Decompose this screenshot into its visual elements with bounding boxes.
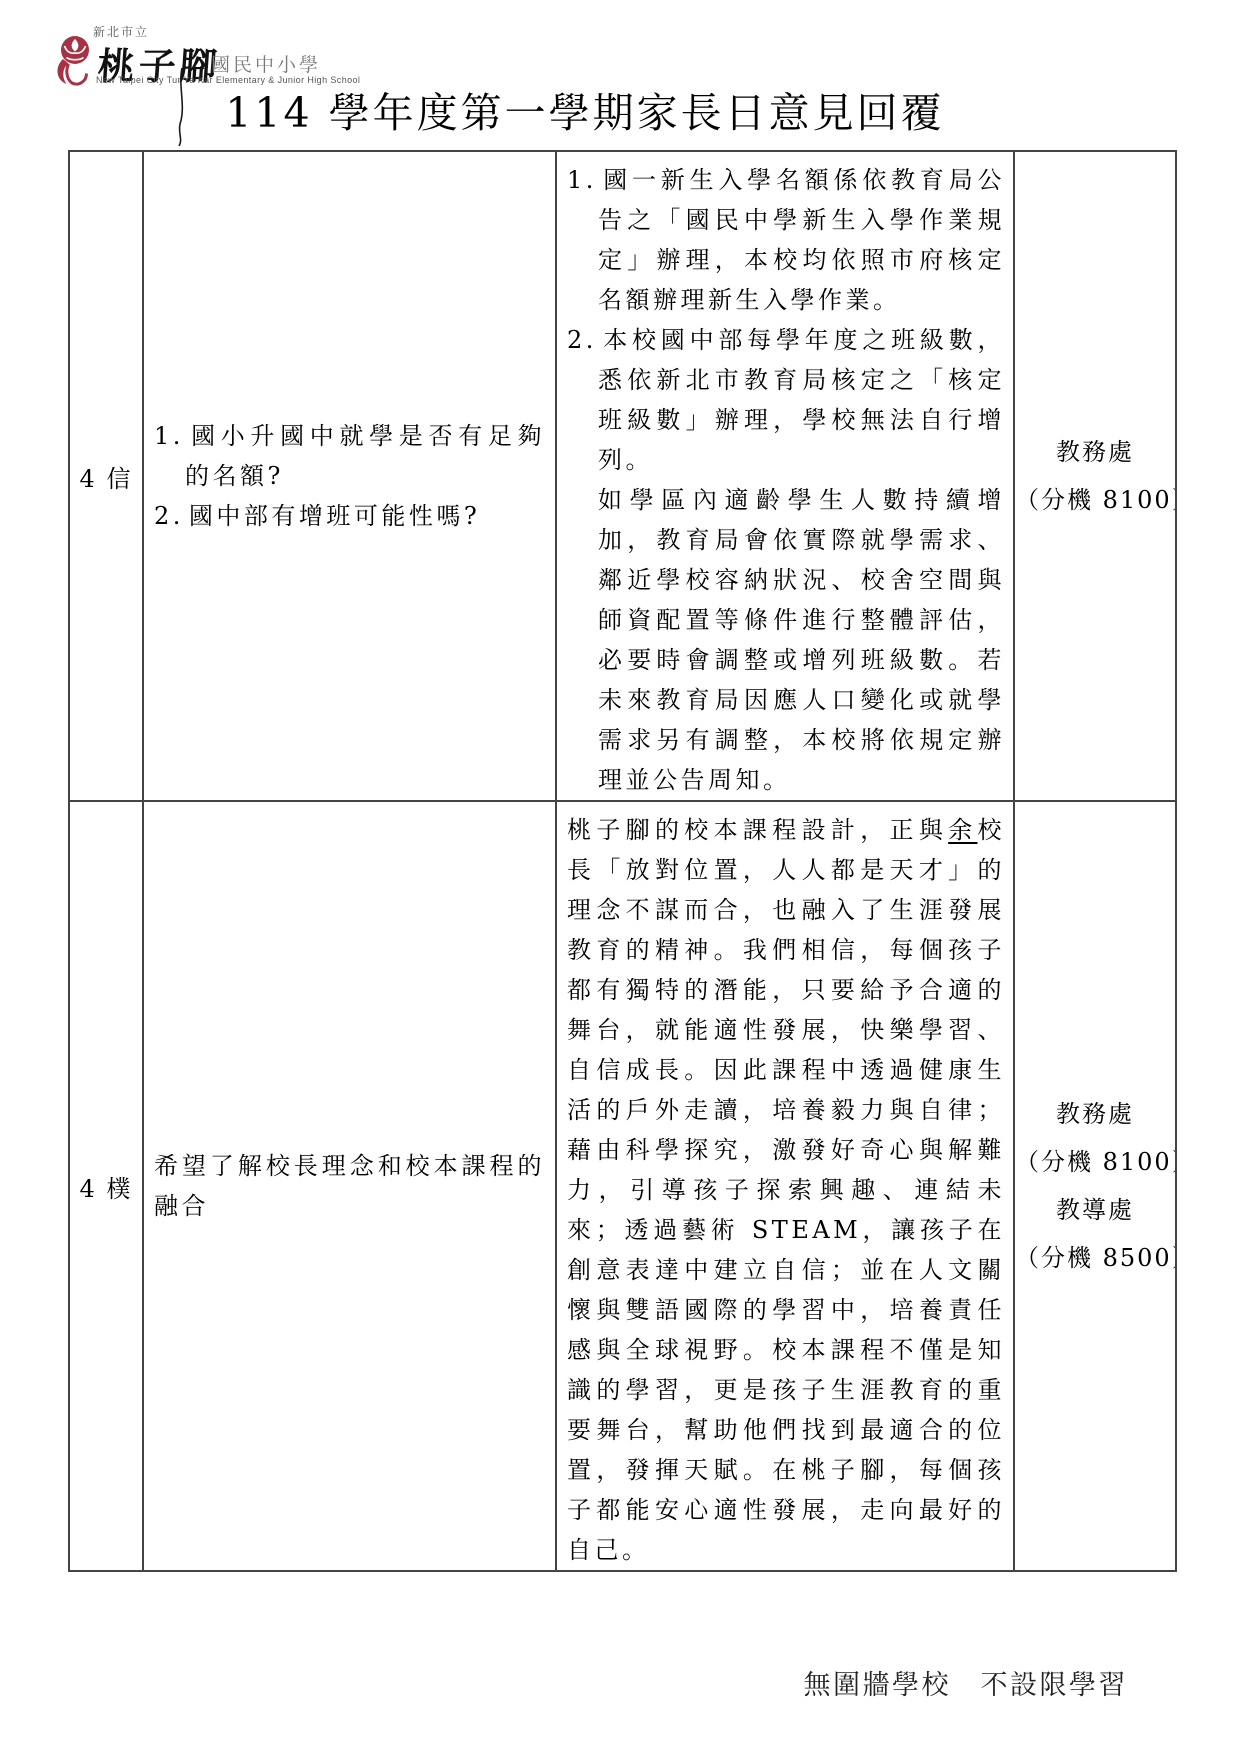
question-item: 2.國中部有增班可能性嗎? <box>154 496 545 536</box>
response-text: 國一新生入學名額係依教育局公告之「國民中學新生入學作業規定」辦理，本校均依照市府… <box>598 166 1005 314</box>
question-text: 國小升國中就學是否有足夠的名額? <box>185 422 545 490</box>
question-text: 希望了解校長理念和校本課程的融合 <box>154 1146 545 1226</box>
response-item: 1.國一新生入學名額係依教育局公告之「國民中學新生入學作業規定」辦理，本校均依照… <box>567 160 1005 320</box>
document-page: 新北市立 桃子腳 國民中小學 New Taipei City Tur Ya Ka… <box>0 0 1241 1755</box>
question-cell: 1.國小升國中就學是否有足夠的名額? 2.國中部有增班可能性嗎? <box>143 151 556 801</box>
department-name: 教務處 <box>1015 428 1175 476</box>
class-cell: 4 樸 <box>69 801 143 1571</box>
question-item: 1.國小升國中就學是否有足夠的名額? <box>154 416 545 496</box>
page-title: 114 學年度第一學期家長日意見回覆 <box>0 80 1170 139</box>
question-text: 國中部有增班可能性嗎? <box>189 502 480 530</box>
question-cell: 希望了解校長理念和校本課程的融合 <box>143 801 556 1571</box>
response-segment: 校長「放對位置，人人都是天才」的理念不謀而合，也融入了生涯發展教育的精神。我們相… <box>567 816 1005 1564</box>
logo-school-type: 國民中小學 <box>211 50 321 77</box>
feedback-table: 4 信 1.國小升國中就學是否有足夠的名額? 2.國中部有增班可能性嗎? 1.國… <box>68 150 1177 1572</box>
table-row: 4 樸 希望了解校長理念和校本課程的融合 桃子腳的校本課程設計，正與余校長「放對… <box>69 801 1176 1571</box>
question-number: 2. <box>154 502 184 530</box>
response-segment: 桃子腳的校本課程設計，正與 <box>567 816 948 844</box>
department-cell: 教務處 （分機 8100） <box>1014 151 1176 801</box>
class-label: 4 樸 <box>80 1175 133 1203</box>
response-cell: 桃子腳的校本課程設計，正與余校長「放對位置，人人都是天才」的理念不謀而合，也融入… <box>556 801 1014 1571</box>
response-number: 1. <box>567 166 597 194</box>
class-label: 4 信 <box>80 465 133 493</box>
class-cell: 4 信 <box>69 151 143 801</box>
response-item: 2.本校國中部每學年度之班級數，悉依新北市教育局核定之「核定班級數」辦理，學校無… <box>567 320 1005 480</box>
response-text: 本校國中部每學年度之班級數，悉依新北市教育局核定之「核定班級數」辦理，學校無法自… <box>598 326 1005 474</box>
response-item-continued: 如學區內適齡學生人數持續增加，教育局會依實際就學需求、鄰近學校容納狀況、校舍空間… <box>567 480 1005 800</box>
department-cell: 教務處 （分機 8100） 教導處 （分機 8500） <box>1014 801 1176 1571</box>
department-extension: （分機 8100） <box>1015 476 1175 524</box>
response-cell: 1.國一新生入學名額係依教育局公告之「國民中學新生入學作業規定」辦理，本校均依照… <box>556 151 1014 801</box>
table-row: 4 信 1.國小升國中就學是否有足夠的名額? 2.國中部有增班可能性嗎? 1.國… <box>69 151 1176 801</box>
response-number: 2. <box>567 326 597 354</box>
department-extension: （分機 8500） <box>1015 1234 1175 1282</box>
response-text: 桃子腳的校本課程設計，正與余校長「放對位置，人人都是天才」的理念不謀而合，也融入… <box>567 810 1005 1570</box>
response-segment-underlined: 余 <box>948 816 977 844</box>
department-name: 教導處 <box>1015 1186 1175 1234</box>
footer-slogan: 無圍牆學校 不設限學習 <box>804 1663 1129 1702</box>
department-name: 教務處 <box>1015 1090 1175 1138</box>
department-extension: （分機 8100） <box>1015 1138 1175 1186</box>
question-number: 1. <box>154 422 184 450</box>
